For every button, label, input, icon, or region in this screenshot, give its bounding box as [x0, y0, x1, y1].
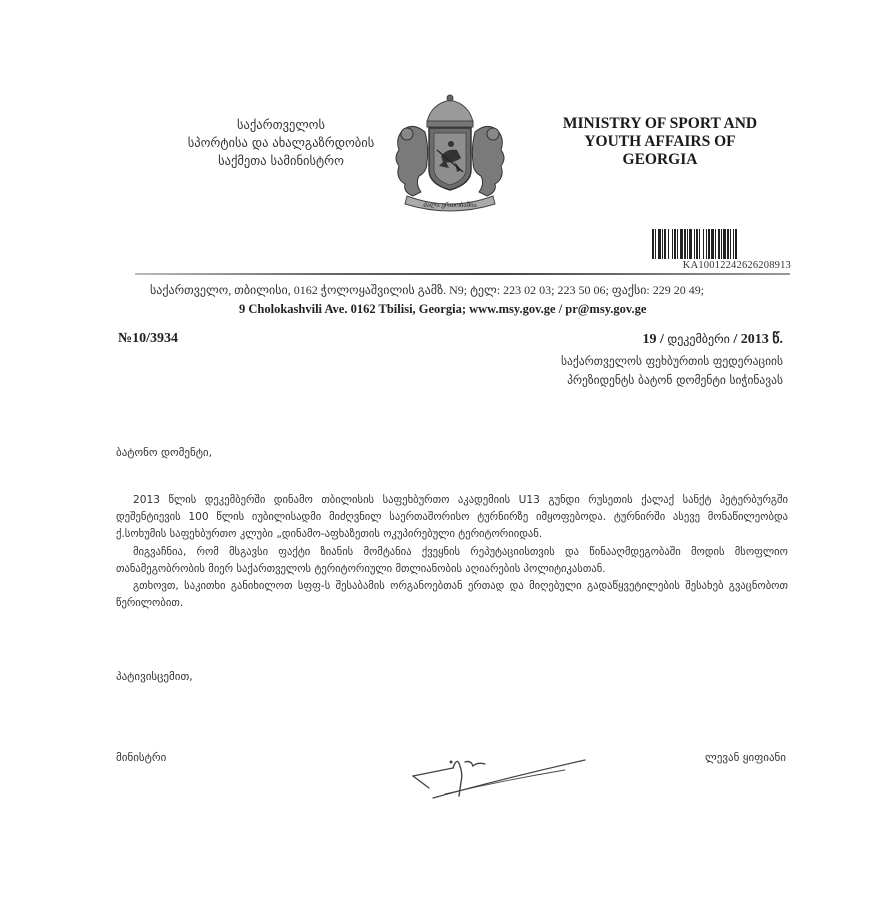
ministry-name-ka-line: საქართველოს [176, 116, 386, 134]
date-day: 19 / [643, 332, 668, 347]
letter-date: 19 / დეკემბერი / 2013 წ. [643, 331, 784, 348]
svg-text:ძალა ერთობაშია: ძალა ერთობაშია [423, 202, 477, 209]
body-paragraph: გთხოვთ, საკითხი განიხილოთ სფფ-ს შესაბამი… [116, 578, 788, 612]
ministry-name-en-line: GEORGIA [540, 151, 780, 169]
ministry-name-en-line: MINISTRY OF SPORT AND [540, 115, 780, 133]
signatory-name: ლევან ყიფიანი [705, 751, 786, 764]
body-paragraph: მიგვაჩნია, რომ მსგავსი ფაქტი ზიანის მომტ… [116, 544, 788, 578]
ministry-name-ka-line: საქმეთა სამინისტრო [176, 152, 386, 170]
handwritten-signature-icon [405, 748, 605, 803]
letter-body: 2013 წლის დეკემბერში დინამო თბილისის საფ… [116, 492, 788, 612]
reference-number: №10/3934 [118, 331, 178, 347]
addressee-line: პრეზიდენტს ბატონ დომენტი სიჭინავას [561, 371, 783, 390]
ministry-name-georgian: საქართველოს სპორტისა და ახალგაზრდობის სა… [176, 116, 386, 170]
addressee-line: საქართველოს ფეხბურთის ფედერაციის [561, 352, 783, 371]
ministry-name-english: MINISTRY OF SPORT AND YOUTH AFFAIRS OF G… [540, 115, 780, 169]
closing: პატივისცემით, [116, 670, 193, 683]
header-divider [135, 273, 790, 275]
body-paragraph: 2013 წლის დეკემბერში დინამო თბილისის საფ… [116, 492, 788, 544]
addressee-block: საქართველოს ფეხბურთის ფედერაციის პრეზიდე… [561, 352, 783, 390]
ministry-name-ka-line: სპორტისა და ახალგაზრდობის [176, 134, 386, 152]
ministry-name-en-line: YOUTH AFFAIRS OF [540, 133, 780, 151]
coat-of-arms-icon: ძალა ერთობაშია [385, 92, 515, 217]
barcode-number: KA10012242626208913 [676, 260, 791, 271]
address-english: 9 Cholokashvili Ave. 0162 Tbilisi, Georg… [239, 302, 779, 317]
date-year: / 2013 წ. [730, 332, 783, 347]
salutation: ბატონო დომენტი, [116, 446, 212, 459]
signatory-title: მინისტრი [116, 751, 166, 764]
barcode-icon [652, 229, 789, 259]
address-georgian: საქართველო, თბილისი, 0162 ჭოლოყაშვილის გ… [150, 283, 770, 298]
date-month: დეკემბერი [667, 332, 729, 346]
